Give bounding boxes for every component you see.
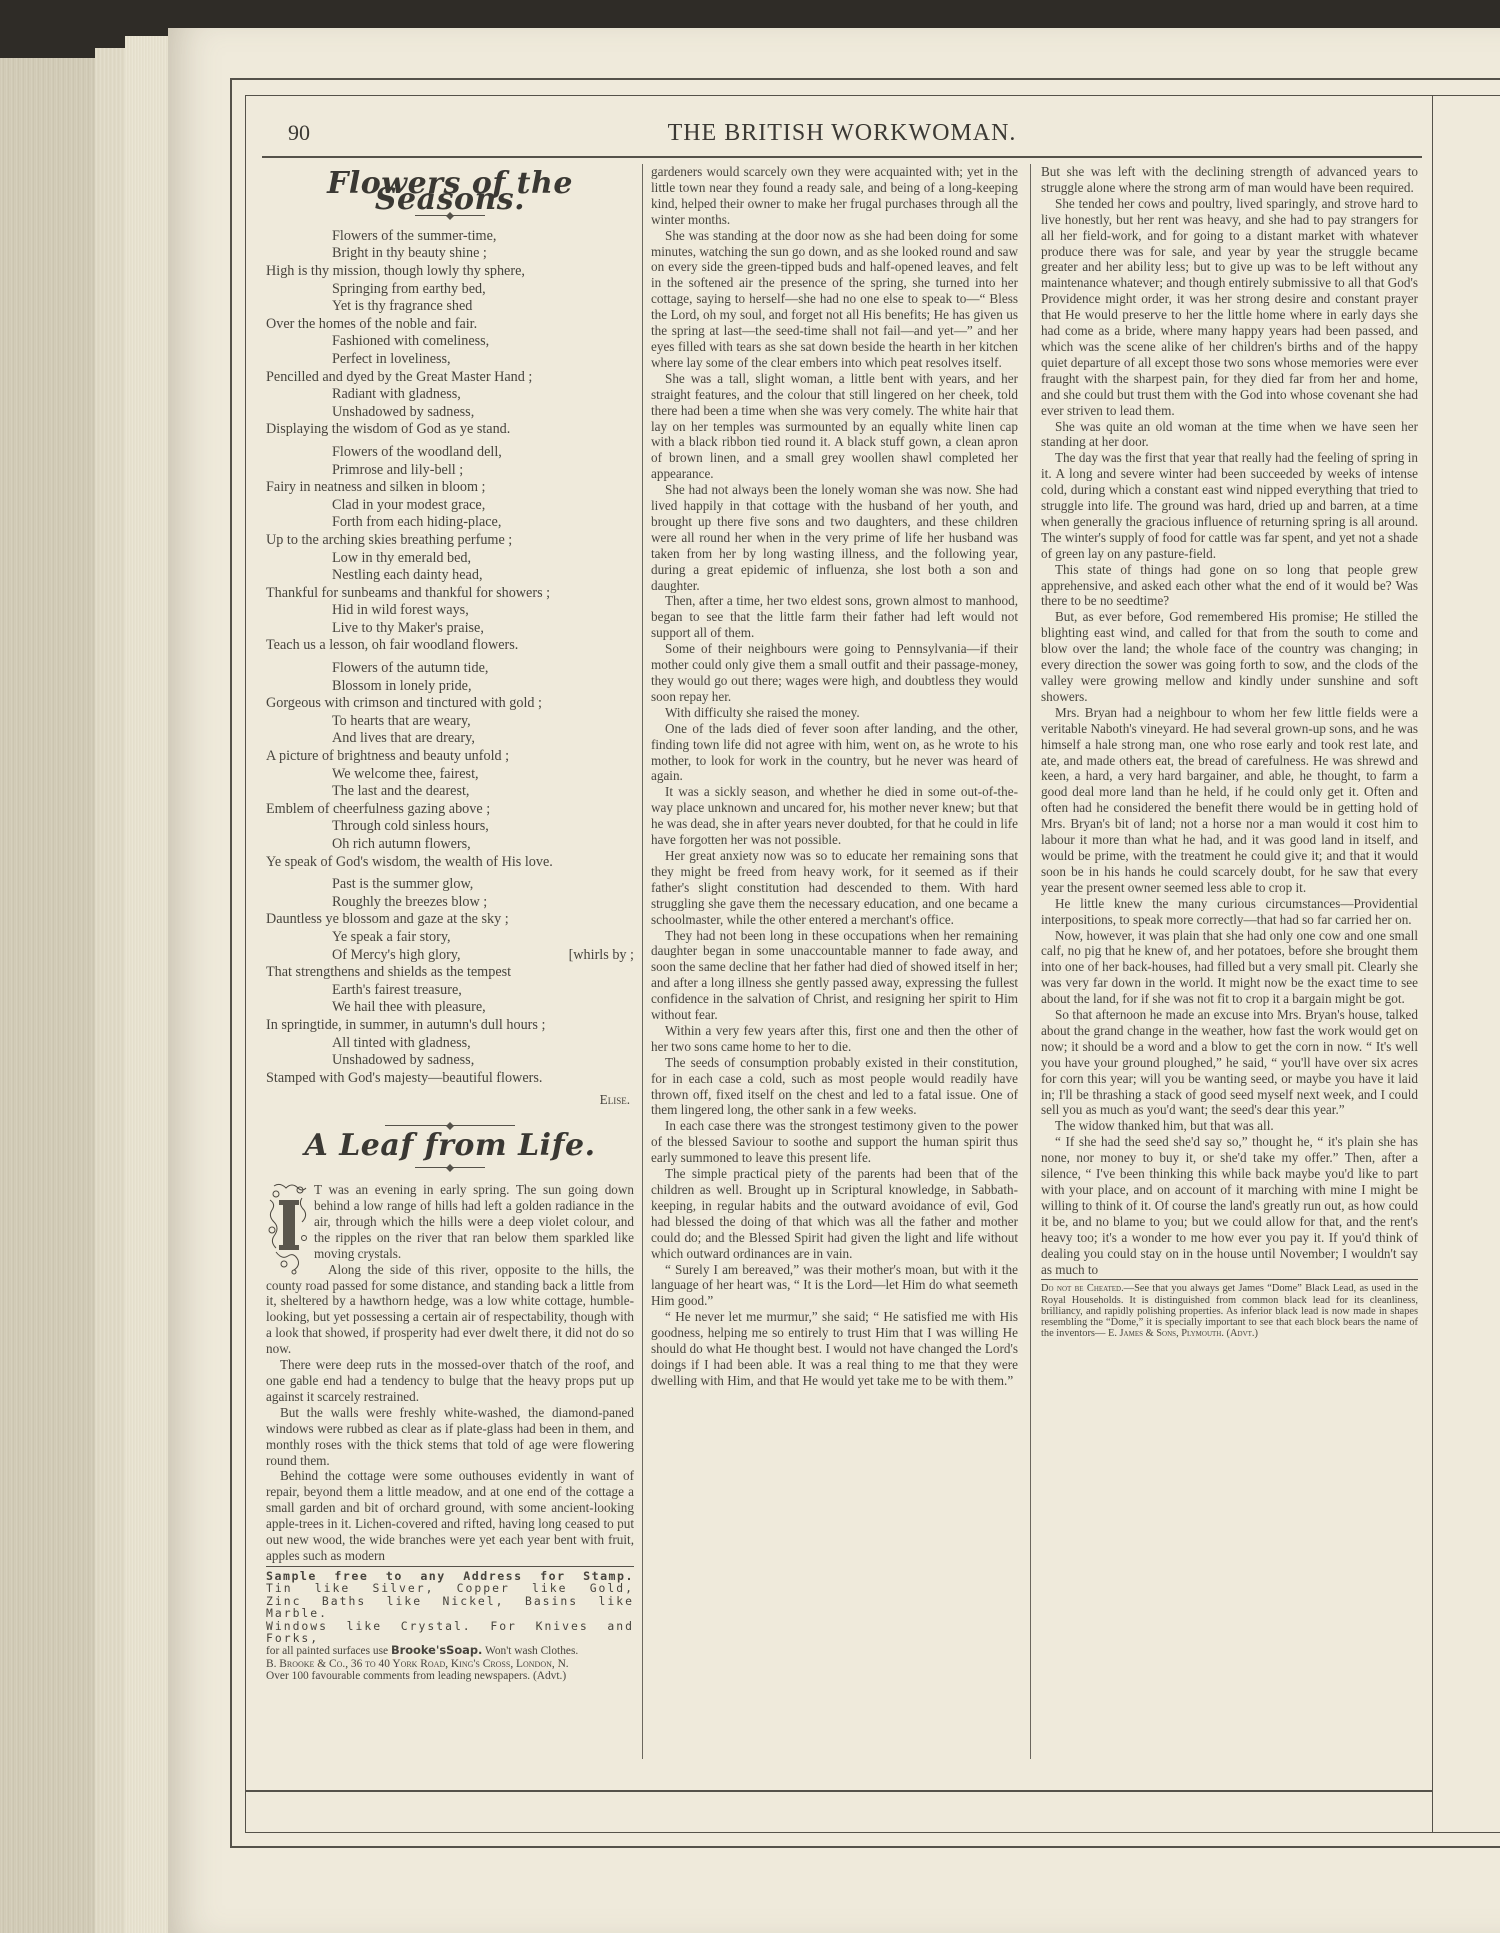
story-paragraph: She was standing at the door now as she … [651,228,1018,371]
poem-line: Fairy in neatness and silken in bloom ; [266,479,634,497]
poem-line: We welcome thee, fairest, [266,766,634,784]
poem-line: Flowers of the summer-time, [266,228,634,246]
poem-line: Clad in your modest grace, [266,497,634,515]
poem-line: Over the homes of the noble and fair. [266,316,634,334]
column-2: gardeners would scarcely own they were a… [642,164,1018,1759]
poem-line: Bright in thy beauty shine ; [266,245,634,263]
poem-line: Displaying the wisdom of God as ye stand… [266,421,634,439]
ad-line: Over 100 favourable comments from leadin… [266,1670,634,1682]
story-paragraph: Within a very few years after this, firs… [651,1023,1018,1055]
poem-line: And lives that are dreary, [266,730,634,748]
poem-line: Thankful for sunbeams and thankful for s… [266,585,634,603]
poem-line: Up to the arching skies breathing perfum… [266,532,634,550]
poem-signature: Elise. [266,1092,634,1108]
poem-line: Gorgeous with crimson and tinctured with… [266,695,634,713]
story-paragraph: She had not always been the lonely woman… [651,482,1018,593]
poem-line: Ye speak of God's wisdom, the wealth of … [266,854,634,872]
poem-line: Hid in wild forest ways, [266,602,634,620]
poem-line: High is thy mission, though lowly thy sp… [266,263,634,281]
story-paragraph: One of the lads died of fever soon after… [651,721,1018,785]
poem-stanza: Past is the summer glow,Roughly the bree… [266,876,634,1087]
poem-line: Dauntless ye blossom and gaze at the sky… [266,911,634,929]
story-title: A Leaf from Life. [266,1138,634,1154]
story-paragraph: Along the side of this river, opposite t… [266,1262,634,1357]
ad-line: Won't wash Clothes. [485,1645,578,1657]
poem-line: Unshadowed by sadness, [266,1052,634,1070]
story-paragraph: The seeds of consumption probably existe… [651,1055,1018,1119]
poem-line: Flowers of the autumn tide, [266,660,634,678]
advertisement-brookes-soap: Sample free to any Address for Stamp. Ti… [266,1566,634,1683]
poem-line: Blossom in lonely pride, [266,678,634,696]
story-paragraph: There were deep ruts in the mossed-over … [266,1357,634,1405]
story-paragraph: This state of things had gone on so long… [1041,562,1418,610]
poem-line: The last and the dearest, [266,783,634,801]
page-right-border [1432,95,1433,1833]
poem-line: Forth from each hiding-place, [266,514,634,532]
story-column-1: T was an evening in early spring. The su… [266,1182,634,1564]
poem-stanza: Flowers of the autumn tide,Blossom in lo… [266,660,634,871]
story-paragraph: But she was left with the declining stre… [1041,164,1418,196]
story-paragraph: He little knew the many curious circumst… [1041,896,1418,928]
story-paragraph: She tended her cows and poultry, lived s… [1041,196,1418,419]
poem-line: Roughly the breezes blow ; [266,894,634,912]
poem-line: Ye speak a fair story, [266,929,634,947]
poem-line: Perfect in loveliness, [266,351,634,369]
poem-line: Radiant with gladness, [266,386,634,404]
story-paragraph: She was quite an old woman at the time w… [1041,419,1418,451]
column-3: But she was left with the declining stre… [1030,164,1418,1759]
poem-line: Primrose and lily-bell ; [266,462,634,480]
advertisement-dome-black-lead: Do not be Cheated.—See that you always g… [1041,1279,1418,1339]
poem-line: Pencilled and dyed by the Great Master H… [266,369,634,387]
story-paragraph: The widow thanked him, but that was all. [1041,1118,1418,1134]
ad-address: B. Brooke & Co., 36 to 40 York Road, Kin… [266,1658,634,1670]
story-paragraph: The day was the first that year that rea… [1041,450,1418,561]
poem-line: Teach us a lesson, oh fair woodland flow… [266,637,634,655]
story-paragraph: Mrs. Bryan had a neighbour to whom her f… [1041,705,1418,896]
poem-line: Springing from earthy bed, [266,281,634,299]
page-bottom-rule [245,1790,1432,1792]
poem-stanza: Flowers of the summer-time,Bright in thy… [266,228,634,439]
poem-line: Through cold sinless hours, [266,818,634,836]
poem-line: All tinted with gladness, [266,1035,634,1053]
poem-line: In springtide, in summer, in autumn's du… [266,1017,634,1035]
poem-line: Nestling each dainty head, [266,567,634,585]
ad-line: Windows like Crystal. For Knives and For… [266,1620,634,1645]
poem-line: Yet is thy fragrance shed [266,298,634,316]
dropcap-letter-i-icon [266,1180,310,1276]
poem-line: Emblem of cheerfulness gazing above ; [266,801,634,819]
story-paragraph: Behind the cottage were some outhouses e… [266,1468,634,1563]
poem-line: Flowers of the woodland dell, [266,444,634,462]
poem-line: Fashioned with comeliness, [266,333,634,351]
poem-stanza: Flowers of the woodland dell,Primrose an… [266,444,634,655]
story-paragraph: She was a tall, slight woman, a little b… [651,371,1018,482]
story-paragraph: “ He never let me murmur,” she said; “ H… [651,1309,1018,1389]
poem-line: Earth's fairest treasure, [266,982,634,1000]
ornament-divider-icon [415,1164,485,1172]
poem-line: A picture of brightness and beauty unfol… [266,748,634,766]
story-paragraph: So that afternoon he made an excuse into… [1041,1007,1418,1118]
story-paragraph: The simple practical piety of the parent… [651,1166,1018,1261]
ad-maker: E. James & Sons, Plymouth. [1108,1328,1224,1339]
poem-line: Past is the summer glow, [266,876,634,894]
story-paragraph: But the walls were freshly white-washed,… [266,1405,634,1469]
ad-line: Zinc Baths like Nickel, Basins like Marb… [266,1595,634,1620]
poem-line: Oh rich autumn flowers, [266,836,634,854]
story-paragraph: Her great anxiety now was so to educate … [651,848,1018,928]
story-column-3: But she was left with the declining stre… [1041,164,1418,1277]
story-paragraph: But, as ever before, God remembered His … [1041,609,1418,704]
ad-line: for all painted surfaces use [266,1645,391,1657]
poem-line: To hearts that are weary, [266,713,634,731]
story-paragraph: gardeners would scarcely own they were a… [651,164,1018,228]
story-paragraph: T was an evening in early spring. The su… [266,1182,634,1262]
ad-line: Tin like Silver, Copper like Gold, [266,1582,634,1594]
poem-body: Flowers of the summer-time,Bright in thy… [266,228,634,1088]
story-paragraph: It was a sickly season, and whether he d… [651,784,1018,848]
story-paragraph: Now, however, it was plain that she had … [1041,928,1418,1008]
story-paragraph: Some of their neighbours were going to P… [651,641,1018,705]
poem-turnover: [whirls by ; [569,947,634,965]
story-paragraph: “ Surely I am bereaved,” was their mothe… [651,1262,1018,1310]
poem-title: Flowers of the Seasons. [266,176,634,208]
poem-line: Of Mercy's high glory,[whirls by ; [266,947,634,965]
story-paragraph: They had not been long in these occupati… [651,928,1018,1023]
ad-brand-name: Brooke'sSoap. [391,1643,482,1657]
story-column-2: gardeners would scarcely own they were a… [651,164,1018,1389]
poem-line: We hail thee with pleasure, [266,999,634,1017]
column-1: Flowers of the Seasons. Flowers of the s… [266,168,634,1683]
story-paragraph: With difficulty she raised the money. [651,705,1018,721]
ad-lead: Do not be Cheated. [1041,1283,1124,1294]
poem-line: Unshadowed by sadness, [266,404,634,422]
story-paragraph: Then, after a time, her two eldest sons,… [651,593,1018,641]
story-paragraph: “ If she had the seed she'd say so,” tho… [1041,1134,1418,1277]
poem-line: That strengthens and shields as the temp… [266,964,634,982]
running-title: THE BRITISH WORKWOMAN. [262,120,1422,147]
story-paragraph: In each case there was the strongest tes… [651,1118,1018,1166]
ornament-divider-icon [385,1122,515,1130]
ornament-divider-icon [415,212,485,220]
page-header: 90 THE BRITISH WORKWOMAN. [262,112,1422,158]
poem-line: Low in thy emerald bed, [266,550,634,568]
poem-line: Live to thy Maker's praise, [266,620,634,638]
ad-advt: (Advt.) [1227,1328,1258,1339]
floral-dropcap-icon [266,1180,310,1276]
poem-line: Stamped with God's majesty—beautiful flo… [266,1070,634,1088]
